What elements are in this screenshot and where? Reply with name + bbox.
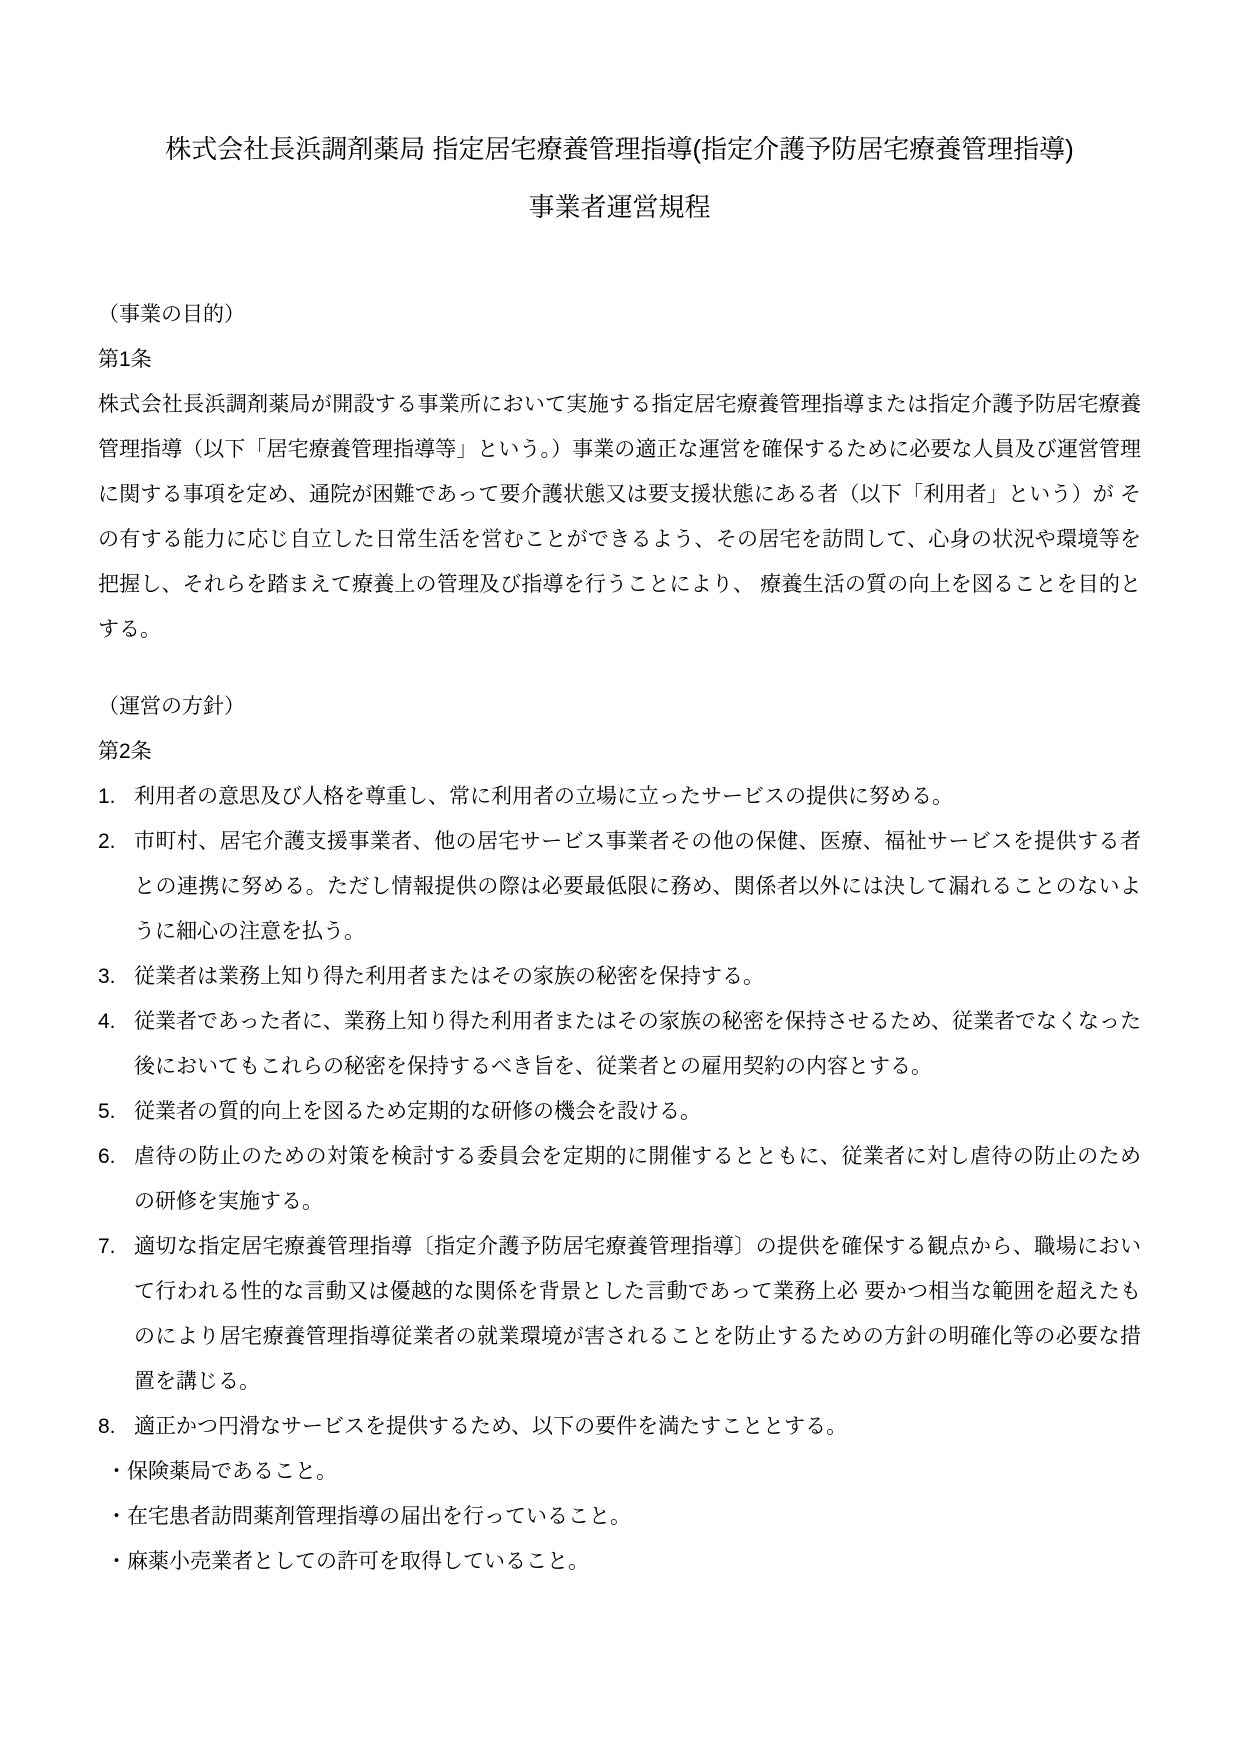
section-business-purpose: （事業の目的） 第1条 株式会社長浜調剤薬局が開設する事業所において実施する指定… <box>98 292 1141 652</box>
list-item: 2. 市町村、居宅介護支援事業者、他の居宅サービス事業者その他の保健、医療、福祉… <box>98 819 1141 954</box>
list-item: 5. 従業者の質的向上を図るため定期的な研修の機会を設ける。 <box>98 1089 1141 1134</box>
list-item: 7. 適切な指定居宅療養管理指導〔指定介護予防居宅療養管理指導〕の提供を確保する… <box>98 1224 1141 1404</box>
section-operation-policy: （運営の方針） 第2条 1. 利用者の意思及び人格を尊重し、常に利用者の立場に立… <box>98 684 1141 1584</box>
policy-section-heading: （運営の方針） <box>98 684 1141 729</box>
title-line-1: 株式会社長浜調剤薬局 指定居宅療養管理指導(指定介護予防居宅療養管理指導) <box>98 120 1141 178</box>
bullet-item: ・麻薬小売業者としての許可を取得していること。 <box>106 1539 1141 1584</box>
list-item: 1. 利用者の意思及び人格を尊重し、常に利用者の立場に立ったサービスの提供に努め… <box>98 774 1141 819</box>
list-item: 6. 虐待の防止のための対策を検討する委員会を定期的に開催するとともに、従業者に… <box>98 1134 1141 1224</box>
document-title: 株式会社長浜調剤薬局 指定居宅療養管理指導(指定介護予防居宅療養管理指導) 事業… <box>98 120 1141 236</box>
list-item-text: 利用者の意思及び人格を尊重し、常に利用者の立場に立ったサービスの提供に努める。 <box>134 774 1141 819</box>
list-item-number: 2. <box>98 819 134 864</box>
list-item-number: 3. <box>98 954 134 999</box>
list-item-number: 7. <box>98 1224 134 1269</box>
list-item-number: 8. <box>98 1404 134 1449</box>
list-item-text: 適切な指定居宅療養管理指導〔指定介護予防居宅療養管理指導〕の提供を確保する観点か… <box>134 1224 1141 1404</box>
list-item-text: 従業者は業務上知り得た利用者またはその家族の秘密を保持する。 <box>134 954 1141 999</box>
list-item-number: 1. <box>98 774 134 819</box>
list-item-text: 適正かつ円滑なサービスを提供するため、以下の要件を満たすこととする。 <box>134 1404 1141 1449</box>
list-item: 3. 従業者は業務上知り得た利用者またはその家族の秘密を保持する。 <box>98 954 1141 999</box>
list-item-number: 4. <box>98 999 134 1044</box>
article-1-body: 株式会社長浜調剤薬局が開設する事業所において実施する指定居宅療養管理指導または指… <box>98 382 1141 652</box>
list-item-text: 虐待の防止のための対策を検討する委員会を定期的に開催するとともに、従業者に対し虐… <box>134 1134 1141 1224</box>
purpose-section-heading: （事業の目的） <box>98 292 1141 337</box>
list-item: 4. 従業者であった者に、業務上知り得た利用者またはその家族の秘密を保持させるた… <box>98 999 1141 1089</box>
article-1-label: 第1条 <box>98 337 1141 382</box>
title-line-2: 事業者運営規程 <box>98 178 1141 236</box>
list-item: 8. 適正かつ円滑なサービスを提供するため、以下の要件を満たすこととする。 <box>98 1404 1141 1449</box>
list-item-text: 市町村、居宅介護支援事業者、他の居宅サービス事業者その他の保健、医療、福祉サービ… <box>134 819 1141 954</box>
article-2-label: 第2条 <box>98 729 1141 774</box>
list-item-text: 従業者の質的向上を図るため定期的な研修の機会を設ける。 <box>134 1089 1141 1134</box>
list-item-number: 6. <box>98 1134 134 1179</box>
bullet-item: ・保険薬局であること。 <box>106 1449 1141 1494</box>
document-page: 株式会社長浜調剤薬局 指定居宅療養管理指導(指定介護予防居宅療養管理指導) 事業… <box>0 0 1241 1755</box>
policy-bullet-list: ・保険薬局であること。 ・在宅患者訪問薬剤管理指導の届出を行っていること。 ・麻… <box>98 1449 1141 1584</box>
list-item-number: 5. <box>98 1089 134 1134</box>
list-item-text: 従業者であった者に、業務上知り得た利用者またはその家族の秘密を保持させるため、従… <box>134 999 1141 1089</box>
bullet-item: ・在宅患者訪問薬剤管理指導の届出を行っていること。 <box>106 1494 1141 1539</box>
policy-numbered-list: 1. 利用者の意思及び人格を尊重し、常に利用者の立場に立ったサービスの提供に努め… <box>98 774 1141 1449</box>
